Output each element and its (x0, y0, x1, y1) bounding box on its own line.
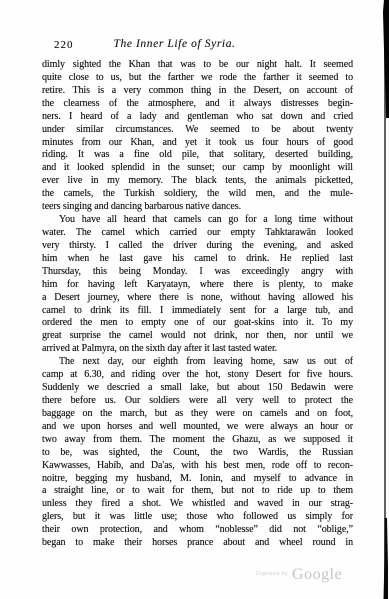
text-line: a Desert journey, where there is none, w… (42, 292, 353, 305)
text-line: water. The camel which carried our empty… (42, 227, 353, 240)
text-line: two away from them. The moment the Ghazu… (42, 434, 353, 447)
text-line: ever live in my memory. The black tents,… (42, 175, 353, 188)
text-line: baggage on the march, but as they were o… (42, 408, 353, 421)
text-line: You have all heard that camels can go fo… (42, 214, 353, 227)
text-line: glers, but it was little use; those who … (42, 511, 353, 524)
text-line: to be, was sighted, the Count, the two W… (42, 447, 353, 460)
text-line: him for having left Karyatayn, where the… (42, 279, 353, 292)
text-line: noitre, begging my husband, M. Ionin, an… (42, 473, 353, 486)
text-line: under similar circumstances. We seemed t… (42, 124, 353, 137)
text-line: very thirsty. I called the driver during… (42, 240, 353, 253)
page-watermark: Digitized by Google (256, 566, 342, 584)
text-line: dimly sighted the Khan that was to be ou… (42, 59, 353, 72)
text-line: arrived at Palmyra, on the sixth day aft… (42, 343, 353, 356)
text-line: their own protection, and whom “noblesse… (42, 524, 353, 537)
text-line: retire. This is a very common thing in t… (42, 85, 353, 98)
text-line: ordered the men to empty one of our goat… (42, 317, 353, 330)
text-line: there before us. Our soldiers were all v… (42, 395, 353, 408)
text-line: Kawwasses, Habíb, and Da'as, with his be… (42, 460, 353, 473)
text-line: and we upon horses and well mounted, we … (42, 421, 353, 434)
text-line: the camels, the Turkish soldiery, the wi… (42, 188, 353, 201)
text-line: him when he last gave his camel to drink… (42, 253, 353, 266)
running-title: The Inner Life of Syria. (0, 38, 349, 50)
page-body: dimly sighted the Khan that was to be ou… (42, 59, 353, 550)
book-page-scan: 220 The Inner Life of Syria. dimly sight… (0, 0, 389, 599)
text-line: a straight line, or to wait for them, bu… (42, 485, 353, 498)
text-line: minutes from our Khan, and yet it took u… (42, 137, 353, 150)
text-line: The next day, our eighth from leaving ho… (42, 356, 353, 369)
text-line: Thursday, this being Monday. I was excee… (42, 266, 353, 279)
text-line: camel to drink its fill. I immediately s… (42, 305, 353, 318)
text-line: Suddenly we descried a small lake, but a… (42, 382, 353, 395)
digitized-by-label: Digitized by (256, 571, 288, 577)
text-line: unless they fired a shot. We whistled an… (42, 498, 353, 511)
text-line: began to make their horses prance about … (42, 537, 353, 550)
text-line: camp at 6.30, and riding over the hot, s… (42, 369, 353, 382)
text-line: great surprise the camel would not drink… (42, 330, 353, 343)
text-line: the clearness of the atmosphere, and it … (42, 98, 353, 111)
text-line: teers singing and dancing barbarous nati… (42, 201, 353, 214)
text-line: quite close to us, but the farther we ro… (42, 72, 353, 85)
text-line: and it looked splendid in the sunset; ou… (42, 162, 353, 175)
google-logo: Google (292, 566, 342, 583)
text-line: riding. It was a fine old pile, that sol… (42, 149, 353, 162)
text-line: ners. I heard of a lady and gentleman wh… (42, 111, 353, 124)
